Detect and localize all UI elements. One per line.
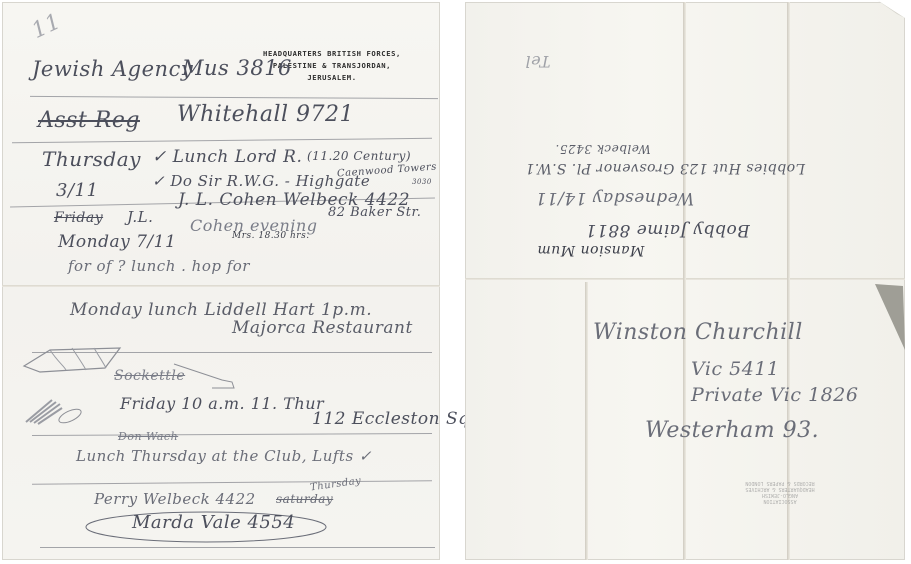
note-wednesday: Wednesday 14/11 — [535, 188, 694, 208]
note-lunch-lord: ✓ Lunch Lord R. — [152, 147, 302, 167]
rule-line — [32, 480, 432, 484]
note-perry: Perry Welbeck 4422 — [94, 490, 256, 508]
left-page: HEADQUARTERS BRITISH FORCES, PALESTINE &… — [2, 2, 440, 560]
note-bobby: Bobby Jaime 8811 — [585, 220, 750, 240]
stamp-line: HEADQUARTERS & ARCHIVES — [710, 486, 850, 492]
pencil-scribble-icon — [22, 396, 82, 426]
rule-line — [32, 433, 432, 436]
note-baker-st: 82 Baker Str. — [328, 205, 421, 220]
right-page: Tel Welbeck 3425. Lobbies Hut 123 Grosve… — [465, 2, 905, 560]
note-eccleston: 112 Eccleston Sq. — [312, 409, 475, 429]
note-marda-vale: Marda Vale 4554 — [132, 512, 295, 533]
note-whitehall: Whitehall 9721 — [177, 102, 354, 127]
stamp-line: RECORDS & PAPERS LONDON — [710, 480, 850, 486]
torn-corner — [875, 282, 907, 352]
note-lunch-line: for of ? lunch . hop for — [68, 257, 250, 275]
note-jewish-agency: Jewish Agency — [32, 57, 193, 81]
note-perry-struck: saturday — [276, 492, 333, 506]
note-churchill-phone2: Private Vic 1826 — [691, 384, 858, 406]
fold-line — [585, 282, 588, 560]
note-monday-lunch: Monday lunch Liddell Hart 1p.m. — [70, 300, 372, 320]
note-asst-reg: Asst Reg — [38, 108, 140, 133]
fold-line — [2, 285, 440, 287]
note-jl: J.L. — [127, 208, 153, 226]
note-sir-rwg: ✓ Do Sir R.W.G. - Highgate — [152, 172, 370, 190]
note-westerham: Westerham 93. — [645, 418, 819, 443]
folded-corner — [875, 0, 907, 22]
note-date: 3/11 — [56, 180, 98, 201]
note-churchill-phone1: Vic 5411 — [691, 358, 780, 380]
fold-line — [683, 2, 686, 560]
note-scribble: Tel — [525, 52, 551, 71]
note-churchill-name: Winston Churchill — [593, 320, 803, 345]
pencil-mark: 11 — [28, 9, 65, 44]
rule-line — [12, 138, 432, 143]
note-welbeck-3425: Welbeck 3425. — [555, 142, 651, 156]
note-lobbies: Lobbies Hut 123 Grosvenor Pl. S.W.1 — [525, 160, 805, 176]
note-thursday: Thursday — [42, 147, 141, 171]
note-monday: Monday 7/11 — [58, 232, 176, 252]
note-friday-struck: Friday — [54, 210, 103, 226]
note-time: (11.20 Century) — [307, 149, 411, 163]
note-struck-small: Don Wach — [118, 430, 178, 443]
note-mansion: Mansion Mum — [537, 242, 644, 258]
rule-line — [30, 96, 438, 99]
pencil-sketch-icon — [172, 360, 252, 390]
note-majorca: Majorca Restaurant — [232, 318, 413, 338]
stamp-line: ASSOCIATION — [710, 498, 850, 504]
note-mus: Mus 3816 — [182, 56, 292, 80]
note-mrs-time: Mrs. 18.30 hrs. — [232, 231, 310, 241]
archive-stamp: ASSOCIATION ANGLO-JEWISH HEADQUARTERS & … — [710, 480, 850, 504]
note-thursday-small: Thursday — [309, 475, 362, 493]
stamp-line: ANGLO-JEWISH — [710, 492, 850, 498]
note-3030: 3030 — [412, 178, 432, 186]
note-lunch-thursday: Lunch Thursday at the Club, Lufts ✓ — [76, 447, 372, 465]
note-friday-10am: Friday 10 a.m. 11. Thur — [120, 394, 324, 413]
fold-line — [787, 2, 790, 560]
rule-line — [40, 547, 435, 548]
